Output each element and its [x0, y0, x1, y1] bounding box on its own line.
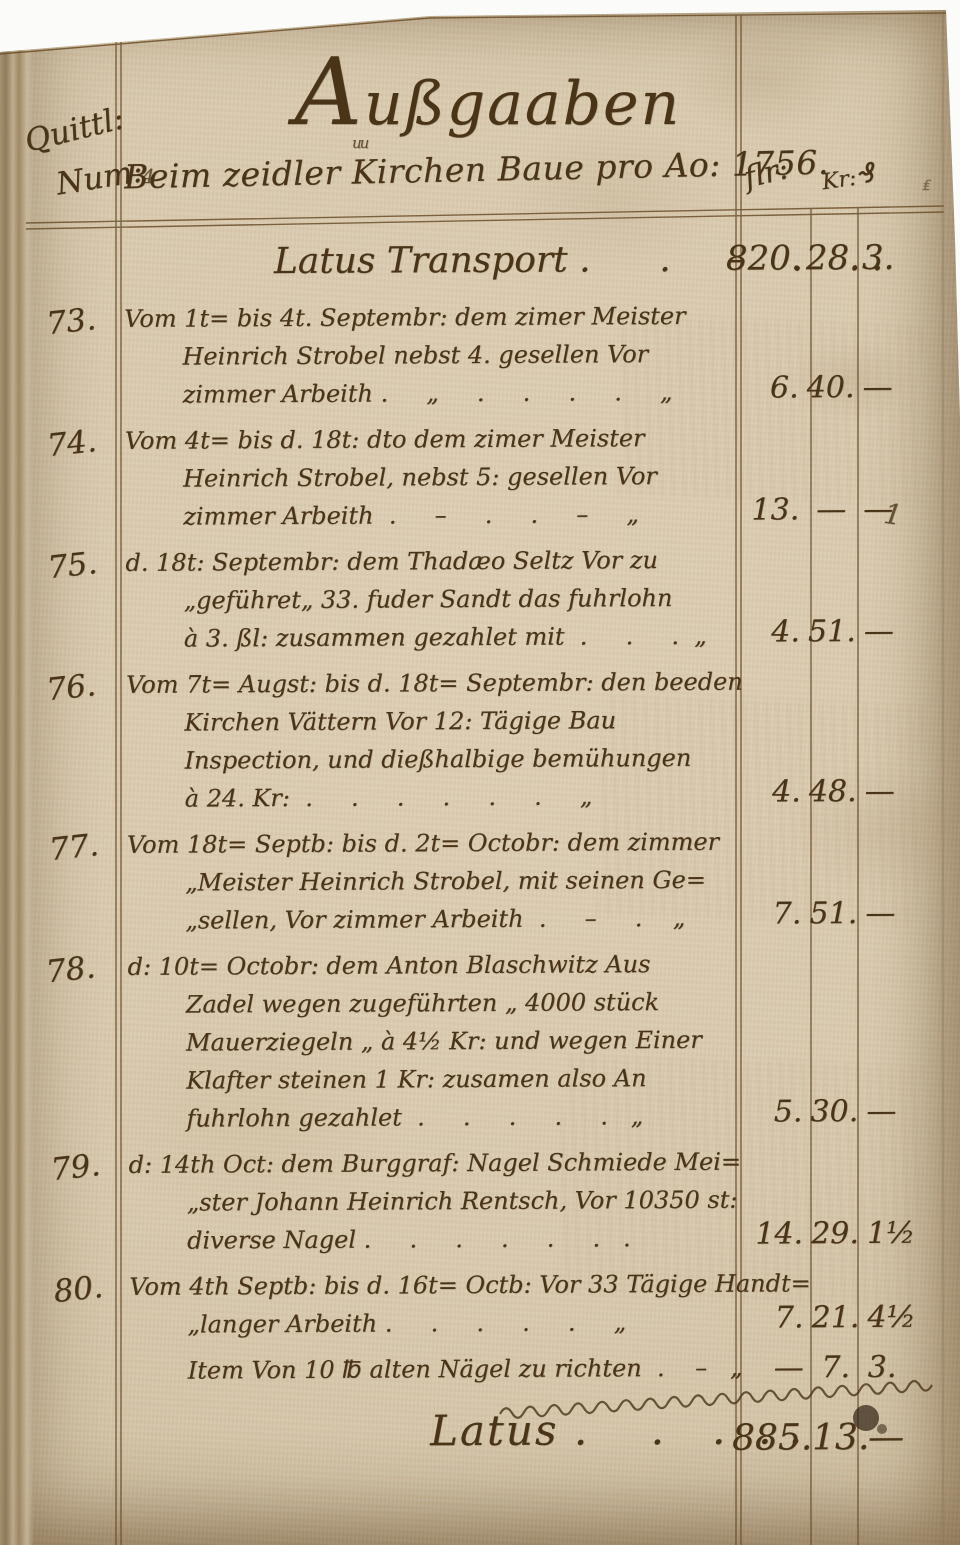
entry-line: zimmer Arbeith . „ . . . . „ — [183, 373, 727, 414]
amount-florin: 885. — [732, 1418, 812, 1460]
ledger-row: 76. Vom 7t= Augst: bis d. 18t= Septembr:… — [24, 662, 945, 819]
amount-florin: 7. — [731, 1298, 811, 1340]
amount-pfennig: — — [860, 1418, 948, 1460]
entry-lines: Latus Transport . . – . . . — [114, 231, 726, 292]
ledger-row: 78. d: 10t= Octobr: dem Anton Blaschwitz… — [26, 944, 947, 1139]
entry-line: Latus . . . . . — [130, 1399, 732, 1464]
entry-number: 73. — [16, 295, 120, 418]
amount-kreuzer: 30. — [810, 1092, 858, 1134]
amount-kreuzer: 21. — [811, 1298, 859, 1340]
amount-florin: 7. — [729, 894, 809, 936]
entry-lines: Vom 18t= Septb: bis d. 2t= Octobr: dem z… — [117, 823, 730, 940]
entry-line: diverse Nagel . . . . . . . — [187, 1219, 731, 1260]
entry-lines: Vom 4th Septb: bis d. 16t= Octb: Vor 33 … — [119, 1265, 731, 1344]
amount-kreuzer: 48. — [809, 772, 857, 814]
amount-florin: 6. — [726, 368, 806, 410]
amount-pfennig: 1½ — [859, 1214, 947, 1256]
entry-number: 80. — [23, 1263, 123, 1349]
pfennig-column-header: ₰ — [858, 156, 876, 189]
amount-florin: 13. — [727, 490, 807, 532]
entry-line: Latus Transport . . – . . . — [124, 231, 726, 292]
page-title: Außgaaben — [228, 42, 748, 154]
entry-number: 79. — [21, 1141, 125, 1264]
entry-line: zimmer Arbeith . – . . – „ — [183, 495, 727, 536]
entry-line: d: 14th Oct: dem Burggraf: Nagel Schmied… — [129, 1143, 731, 1184]
amount-florin: 4. — [729, 772, 809, 814]
entry-line: „Meister Heinrich Strobel, mit seinen Ge… — [185, 861, 729, 902]
amount-pfennig: — — [857, 894, 945, 936]
entry-number — [26, 1347, 122, 1399]
entry-line: Vom 1t= bis 4t. Septembr: dem zimer Meis… — [124, 297, 726, 338]
amount-pfennig: — — [857, 772, 945, 814]
amount-kreuzer: 13. — [812, 1418, 860, 1460]
receipt-number-column-header-line1: Quittl: — [21, 100, 127, 159]
amount-florin: — — [732, 1348, 812, 1390]
entry-line: Item Von 10 ℔ alten Nägel zu richten . –… — [188, 1349, 732, 1390]
ledger-row: Latus . . . . . 885. 13. — — [28, 1398, 948, 1465]
amount-kreuzer: 7. — [812, 1348, 860, 1390]
entry-lines: Vom 4t= bis d. 18t: dto dem zimer Meiste… — [115, 419, 728, 536]
entry-line: „ster Johann Heinrich Rentsch, Vor 10350… — [187, 1181, 731, 1222]
entry-line: „geführet„ 33. fuder Sandt das fuhrlohn — [184, 579, 728, 620]
entry-line: Inspection, und dießhalbige bemühungen — [184, 739, 728, 780]
amount-florin: 5. — [730, 1092, 810, 1134]
entry-line: Mauerziegeln „ à 4½ Kr: und wegen Einer — [186, 1021, 730, 1062]
ledger-row: 74. Vom 4t= bis d. 18t: dto dem zimer Me… — [23, 418, 944, 537]
entry-number — [19, 229, 117, 297]
ledger-row: 80. Vom 4th Septb: bis d. 16t= Octb: Vor… — [27, 1264, 947, 1345]
entry-lines: d. 18t: Septembr: dem Thadæo Seltz Vor z… — [115, 541, 728, 658]
margin-numeral-mark: 4 — [142, 164, 155, 188]
amount-kreuzer: 51. — [808, 612, 856, 654]
amount-florin: 820. — [726, 238, 806, 280]
entry-lines: Vom 1t= bis 4t. Septembr: dem zimer Meis… — [114, 297, 727, 414]
ledger-row: Latus Transport . . – . . . 820. 28. 3. — [22, 230, 942, 293]
entry-lines: Vom 7t= Augst: bis d. 18t= Septembr: den… — [116, 663, 729, 818]
paper-edge-mark: ₤ — [922, 178, 931, 194]
ledger-row: 77. Vom 18t= Septb: bis d. 2t= Octobr: d… — [25, 822, 946, 941]
entry-line: à 3. ßl: zusammen gezahlet mit . . . „ — [184, 617, 728, 658]
entry-number — [25, 1397, 123, 1469]
entry-number: 78. — [16, 944, 128, 1143]
header-rule-1 — [26, 206, 944, 223]
entry-line: d: 10t= Octobr: dem Anton Blaschwitz Aus — [128, 945, 730, 986]
amount-kreuzer: — — [807, 490, 855, 532]
ledger-row: 73. Vom 1t= bis 4t. Septembr: dem zimer … — [22, 296, 943, 415]
subtitle-insertion-mark: uu — [352, 134, 367, 152]
entry-line: Zadel wegen zugeführten „ 4000 stück — [186, 983, 730, 1024]
amount-kreuzer: 51. — [809, 894, 857, 936]
header-rule-2 — [26, 212, 944, 229]
kreuzer-column-header: Kr: — [820, 166, 858, 196]
ledger-row: Item Von 10 ℔ alten Nägel zu richten . –… — [28, 1348, 948, 1395]
ledger-row: 79. d: 14th Oct: dem Burggraf: Nagel Sch… — [27, 1142, 948, 1261]
entry-line: Heinrich Strobel nebst 4. gesellen Vor — [182, 335, 726, 376]
entry-number: 77. — [19, 821, 123, 944]
amount-pfennig: 3. — [854, 238, 942, 280]
entry-line: à 24. Kr: . . . . . . „ — [185, 777, 729, 818]
amount-kreuzer: 29. — [811, 1214, 859, 1256]
amount-pfennig: 3. — [860, 1348, 948, 1390]
amount-kreuzer: 40. — [806, 368, 854, 410]
entry-lines: d: 14th Oct: dem Burggraf: Nagel Schmied… — [119, 1143, 732, 1260]
entry-number: 74. — [17, 417, 121, 540]
entry-line: fuhrlohn gezahlet . . . . . „ — [186, 1097, 730, 1138]
amount-pfennig: — — [856, 612, 944, 654]
entry-number: 75. — [18, 539, 122, 662]
entry-line: Vom 7t= Augst: bis d. 18t= Septembr: den… — [126, 663, 728, 704]
amount-pfennig: 4½ — [859, 1298, 947, 1340]
entry-line: Vom 18t= Septb: bis d. 2t= Octobr: dem z… — [127, 823, 729, 864]
entry-line: Kirchen Vättern Vor 12: Tägige Bau — [184, 701, 728, 742]
amount-pfennig: — — [854, 368, 942, 410]
entry-line: Vom 4t= bis d. 18t: dto dem zimer Meiste… — [125, 419, 727, 460]
ledger-rows: Latus Transport . . – . . . 820. 28. 3. … — [22, 230, 948, 1473]
entry-line: Heinrich Strobel, nebst 5: gesellen Vor — [183, 457, 727, 498]
entry-lines: d: 10t= Octobr: dem Anton Blaschwitz Aus… — [118, 945, 731, 1138]
ledger-page: Quittl: Num: Außgaaben Beim zeidler Kirc… — [0, 0, 960, 1545]
amount-pfennig: — — [858, 1092, 946, 1134]
amount-pfennig: — — [855, 490, 943, 532]
entry-lines: Latus . . . . . — [120, 1399, 732, 1464]
entry-line: „langer Arbeith . . . . . „ — [187, 1303, 731, 1344]
amount-florin: 14. — [731, 1214, 811, 1256]
entry-line: Klafter steinen 1 Kr: zusamen also An — [186, 1059, 730, 1100]
amount-florin: 4. — [728, 612, 808, 654]
amount-kreuzer: 28. — [806, 238, 854, 280]
entry-line: „sellen, Vor zimmer Arbeith . – . „ — [185, 899, 729, 940]
entry-line: d. 18t: Septembr: dem Thadæo Seltz Vor z… — [125, 541, 727, 582]
entry-lines: Item Von 10 ℔ alten Nägel zu richten . –… — [120, 1349, 732, 1394]
entry-number: 76. — [16, 662, 124, 823]
ledger-row: 75. d. 18t: Septembr: dem Thadæo Seltz V… — [23, 540, 944, 659]
entry-line: Vom 4th Septb: bis d. 16t= Octb: Vor 33 … — [129, 1265, 731, 1306]
